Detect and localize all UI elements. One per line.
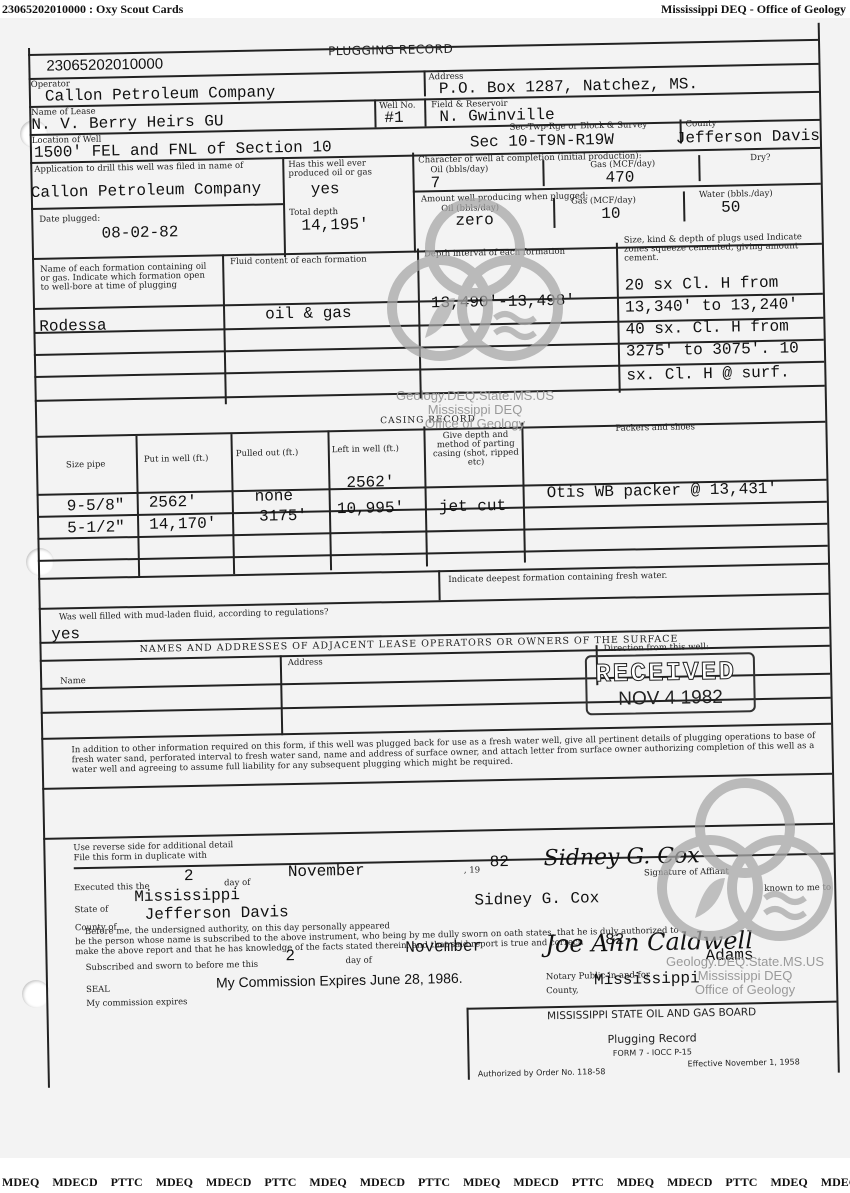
footer-bar: MDEQMDECDPTTCMDEQMDECDPTTCMDEQMDECDPTTCM… [0, 1171, 850, 1193]
packers-value: Otis WB packer @ 13,431' [546, 480, 777, 502]
initial-gas-value: 470 [605, 168, 634, 187]
adjacent-owners-heading: NAMES AND ADDRESSES OF ADJACENT LEASE OP… [139, 634, 678, 655]
executed-month: November [288, 862, 365, 881]
affiant-name: Sidney G. Cox [474, 889, 599, 909]
casing-record-heading: CASING RECORD [380, 415, 476, 426]
board-authorized: Authorized by Order No. 118-58 [478, 1067, 606, 1078]
plug-line: sx. Cl. H @ surf. [626, 363, 790, 384]
plugged-water-value: 50 [721, 198, 741, 216]
received-date: NOV 4 1982 [595, 686, 745, 711]
plug-line: 3275' to 3075'. 10 [626, 339, 799, 360]
formation-name-value: Rodessa [39, 317, 107, 336]
date-plugged-value: 08-02-82 [101, 223, 178, 242]
executed-year: 82 [490, 853, 510, 871]
plugged-gas-value: 10 [601, 205, 621, 223]
board-effective: Effective November 1, 1958 [688, 1057, 800, 1068]
county-value: Jefferson Davis [676, 127, 820, 148]
document-id-title: 23065202010000 : Oxy Scout Cards [2, 2, 183, 17]
plug-line: 13,340' to 13,240' [625, 295, 798, 316]
footer-items: MDEQMDECDPTTCMDEQMDECDPTTCMDEQMDECDPTTCM… [2, 1175, 850, 1190]
notary-state: Mississippi [594, 969, 700, 989]
api-number: 23065202010000 [46, 55, 163, 74]
plugged-oil-value: zero [455, 211, 494, 230]
sworn-month: November [405, 937, 482, 956]
plug-line: 40 sx. Cl. H from [625, 317, 789, 338]
notary-county: Adams [705, 946, 753, 965]
commission-expires-value: My Commission Expires June 28, 1986. [216, 970, 463, 991]
received-stamp: RECEIVED NOV 4 1982 [585, 652, 756, 715]
sworn-day: 2 [285, 947, 295, 965]
instructions-text: In addition to other information require… [71, 731, 831, 776]
plugging-record-form: 23065202010000 PLUGGING RECORD Operator … [28, 33, 848, 1108]
page-header: 23065202010000 : Oxy Scout Cards Mississ… [0, 0, 850, 18]
scanned-page: 23065202010000 PLUGGING RECORD Operator … [0, 18, 850, 1158]
sec-twp-rge-value: Sec 10-T9N-R19W [470, 131, 614, 152]
total-depth-value: 14,195' [301, 215, 369, 234]
ever-produced-value: yes [311, 180, 340, 199]
depth-interval-value: 13,490'-13,498' [431, 292, 575, 313]
source-title: Mississippi DEQ - Office of Geology [661, 2, 846, 17]
executed-day: 2 [184, 867, 194, 885]
form-title: PLUGGING RECORD [328, 42, 453, 58]
well-no-value: #1 [384, 109, 404, 127]
state-value: Mississippi [134, 886, 240, 906]
county-of-value: Jefferson Davis [144, 903, 288, 924]
plug-line: 20 sx Cl. H from [624, 274, 778, 295]
fluid-content-value: oil & gas [265, 304, 352, 324]
application-name-value: Callon Petroleum Company [31, 180, 262, 202]
